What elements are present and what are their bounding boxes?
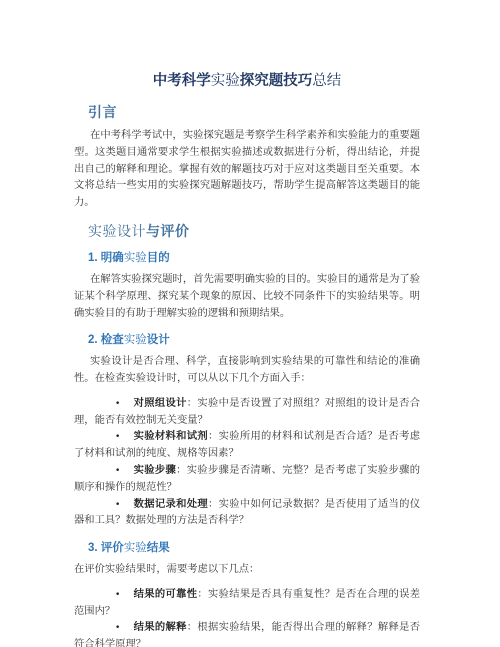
text-run: 设计 [147, 334, 170, 346]
bullet-list: •结果的可靠性：实验结果是否具有重复性？是否在合理的误差范围内？•结果的解释：根… [74, 587, 420, 647]
bullet-item-label: 实验材料和试剂 [133, 431, 208, 442]
text-run: 结果 [147, 542, 170, 554]
bullet-item-label: 结果的解释 [133, 622, 186, 633]
bullet-item: •实验步骤：实验步骤是否清晰、完整？是否考虑了实验步骤的顺序和操作的规范性？ [74, 463, 420, 497]
bullet-item-label: 结果的可靠性 [133, 589, 197, 600]
text-run: 2. 检查 [88, 334, 124, 346]
document-title: 中考科学实验探究题技巧总结 [74, 72, 420, 91]
bullet-list: •对照组设计：实验中是否设置了对照组？对照组的设计是否合理，能否有效控制无关变量… [74, 396, 420, 530]
text-run: 中考科学 [153, 73, 211, 89]
text-run: 总结 [312, 73, 341, 89]
text-run: 1. 明确 [88, 252, 124, 264]
bullet-marker-icon: • [115, 399, 133, 409]
text-run: 引言 [88, 104, 117, 120]
paragraph: 实验设计是否合理、科学，直接影响到实验结果的可靠性和结论的准确性。在检查实验设计… [74, 354, 420, 388]
text-run: 实验 [124, 252, 147, 264]
subsection-heading: 2. 检查实验设计 [88, 333, 420, 348]
paragraph: 在评价实验结果时，需要考虑以下几点： [74, 562, 420, 579]
text-run: 探究题技巧 [240, 73, 313, 89]
bullet-item: •实验材料和试剂：实验所用的材料和试剂是否合适？是否考虑了材料和试剂的纯度、规格… [74, 429, 420, 463]
paragraph: 在解答实验探究题时，首先需要明确实验的目的。实验目的通常是为了验证某个科学原理、… [74, 272, 420, 322]
subsection-heading: 1. 明确实验目的 [88, 251, 420, 266]
bullet-marker-icon: • [115, 466, 133, 476]
bullet-item: •数据记录和处理：实验中如何记录数据？是否使用了适当的仪器和工具？数据处理的方法… [74, 497, 420, 531]
bullet-item: •结果的解释：根据实验结果，能否得出合理的解释？解释是否符合科学原理？ [74, 620, 420, 647]
paragraph: 在中考科学考试中，实验探究题是考察学生科学素养和实验能力的重要题型。这类题目通常… [74, 128, 420, 212]
text-run: 3. 评价 [88, 542, 124, 554]
document-page: 中考科学实验探究题技巧总结引言在中考科学考试中，实验探究题是考察学生科学素养和实… [0, 0, 500, 647]
bullet-item-label: 数据记录和处理 [133, 499, 208, 510]
section-heading: 实验设计与评价 [88, 222, 420, 240]
text-run: 目的 [147, 252, 170, 264]
bullet-item-label: 对照组设计 [133, 398, 186, 409]
bullet-item-label: 实验步骤 [133, 465, 176, 476]
text-run: 实验 [211, 73, 240, 89]
bullet-marker-icon: • [115, 590, 133, 600]
text-run: 实验设计 [88, 223, 146, 239]
text-run: 实验 [124, 334, 147, 346]
subsection-heading: 3. 评价实验结果 [88, 541, 420, 556]
section-heading: 引言 [88, 103, 420, 121]
bullet-marker-icon: • [115, 500, 133, 510]
text-run: 实验 [124, 542, 147, 554]
text-run: 与评价 [146, 223, 190, 239]
bullet-marker-icon: • [115, 623, 133, 633]
bullet-marker-icon: • [115, 432, 133, 442]
bullet-item: •结果的可靠性：实验结果是否具有重复性？是否在合理的误差范围内？ [74, 587, 420, 621]
bullet-item: •对照组设计：实验中是否设置了对照组？对照组的设计是否合理，能否有效控制无关变量… [74, 396, 420, 430]
